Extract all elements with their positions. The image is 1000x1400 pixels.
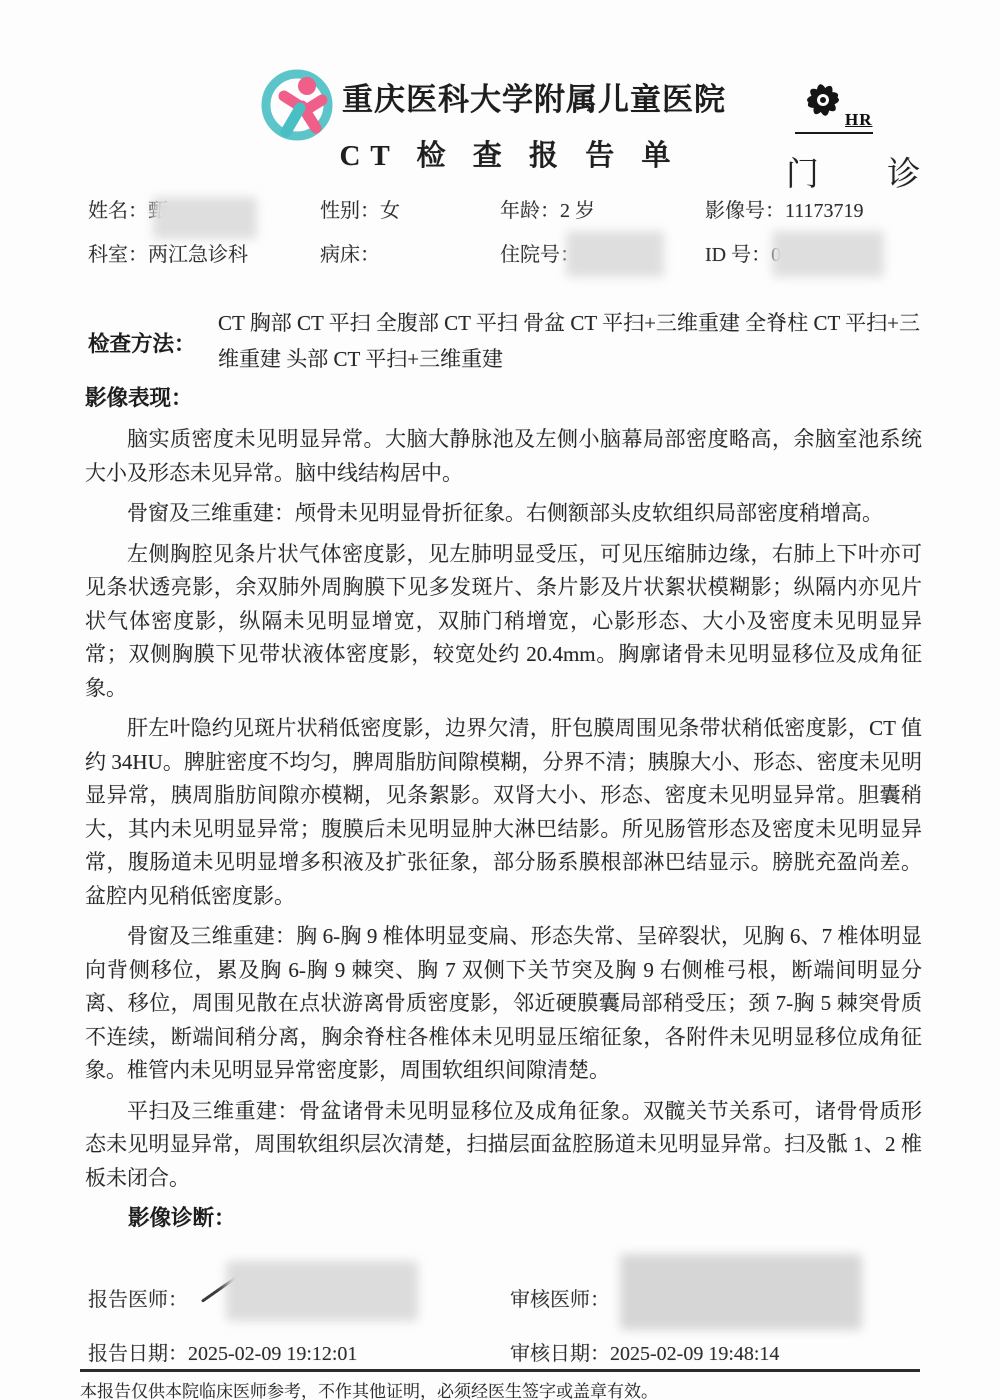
patient-field-image-no: 影像号：11173719 — [705, 194, 920, 223]
dept-label: 科室： — [88, 244, 148, 266]
exam-method-label: 检查方法： — [88, 327, 196, 358]
image-no-value: 11173719 — [785, 200, 864, 222]
sex-label: 性别： — [320, 200, 380, 222]
patient-field-bed: 病床： — [320, 238, 500, 267]
name-label: 姓名： — [88, 200, 148, 222]
redaction-blur-id-no — [772, 231, 884, 277]
report-doctor-label: 报告医师： — [88, 1289, 188, 1311]
sex-value: 女 — [380, 200, 400, 222]
image-no-label: 影像号： — [705, 200, 785, 222]
report-date-value: 2025-02-09 19:12:01 — [188, 1343, 357, 1365]
review-date-value: 2025-02-09 19:48:14 — [610, 1343, 779, 1365]
report-date-field: 报告日期：2025-02-09 19:12:01 — [88, 1337, 505, 1366]
findings-body: 脑实质密度未见明显异常。大脑大静脉池及左侧小脑幕局部密度略高，余脑室池系统大小及… — [85, 423, 922, 1243]
visit-type-label: 门 诊 — [786, 148, 950, 195]
dept-value: 两江急诊科 — [148, 244, 248, 266]
redaction-blur-report-doctor — [226, 1261, 418, 1321]
findings-paragraph: 肝左叶隐约见斑片状稍低密度影，边界欠清，肝包膜周围见条带状稍低密度影，CT 值约… — [85, 712, 922, 913]
ct-report-page: 重庆医科大学附属儿童医院 CT 检 查 报 告 单 HR 门 诊 姓名：甄 性别… — [0, 0, 1000, 1400]
age-label: 年龄： — [500, 200, 560, 222]
redaction-blur-admission-no — [566, 231, 664, 277]
age-value: 2 岁 — [560, 200, 595, 222]
report-title: CT 检 查 报 告 单 — [300, 133, 720, 174]
report-date-label: 报告日期： — [88, 1343, 188, 1365]
footer-divider — [80, 1369, 920, 1372]
review-doctor-label: 审核医师： — [510, 1289, 610, 1311]
findings-paragraph: 脑实质密度未见明显异常。大脑大静脉池及左侧小脑幕局部密度略高，余脑室池系统大小及… — [85, 423, 922, 490]
findings-paragraph: 左侧胸腔见条片状气体密度影，见左肺明显受压，可见压缩肺边缘，右肺上下叶亦可见条状… — [85, 538, 922, 706]
patient-field-sex: 性别：女 — [320, 194, 500, 223]
findings-paragraph: 骨窗及三维重建：颅骨未见明显骨折征象。右侧额部头皮软组织局部密度稍增高。 — [85, 497, 922, 531]
hospital-name: 重庆医科大学附属儿童医院 — [342, 74, 726, 119]
review-doctor-field: 审核医师： — [510, 1289, 610, 1311]
patient-field-dept: 科室：两江急诊科 — [88, 238, 320, 267]
exam-method-text: CT 胸部 CT 平扫 全腹部 CT 平扫 骨盆 CT 平扫+三维重建 全脊柱 … — [218, 305, 920, 377]
redaction-blur-review-doctor — [620, 1254, 862, 1330]
disclaimer-text: 本报告仅供本院临床医师参考，不作其他证明，必须经医生签字或盖章有效。 — [80, 1377, 940, 1400]
findings-heading: 影像表现： — [85, 381, 193, 412]
redaction-blur-name — [153, 197, 257, 239]
stamp-hr-label: HR — [845, 110, 873, 130]
diagnosis-heading: 影像诊断： — [85, 1202, 922, 1236]
hr-stamp: HR — [793, 74, 903, 144]
stamp-underline — [795, 132, 873, 134]
id-label: ID 号： — [705, 244, 771, 266]
date-row: 报告日期：2025-02-09 19:12:01 审核日期：2025-02-09… — [88, 1337, 920, 1366]
review-date-field: 审核日期：2025-02-09 19:48:14 — [510, 1343, 779, 1365]
review-date-label: 审核日期： — [510, 1343, 610, 1365]
findings-paragraph: 骨窗及三维重建：胸 6-胸 9 椎体明显变扁、形态失常、呈碎裂状，见胸 6、7 … — [85, 920, 922, 1088]
findings-paragraph: 平扫及三维重建：骨盆诸骨未见明显移位及成角征象。双髋关节关系可，诸骨骨质形态未见… — [85, 1095, 922, 1196]
bed-label: 病床： — [320, 244, 380, 266]
patient-field-age: 年龄：2 岁 — [500, 194, 705, 223]
